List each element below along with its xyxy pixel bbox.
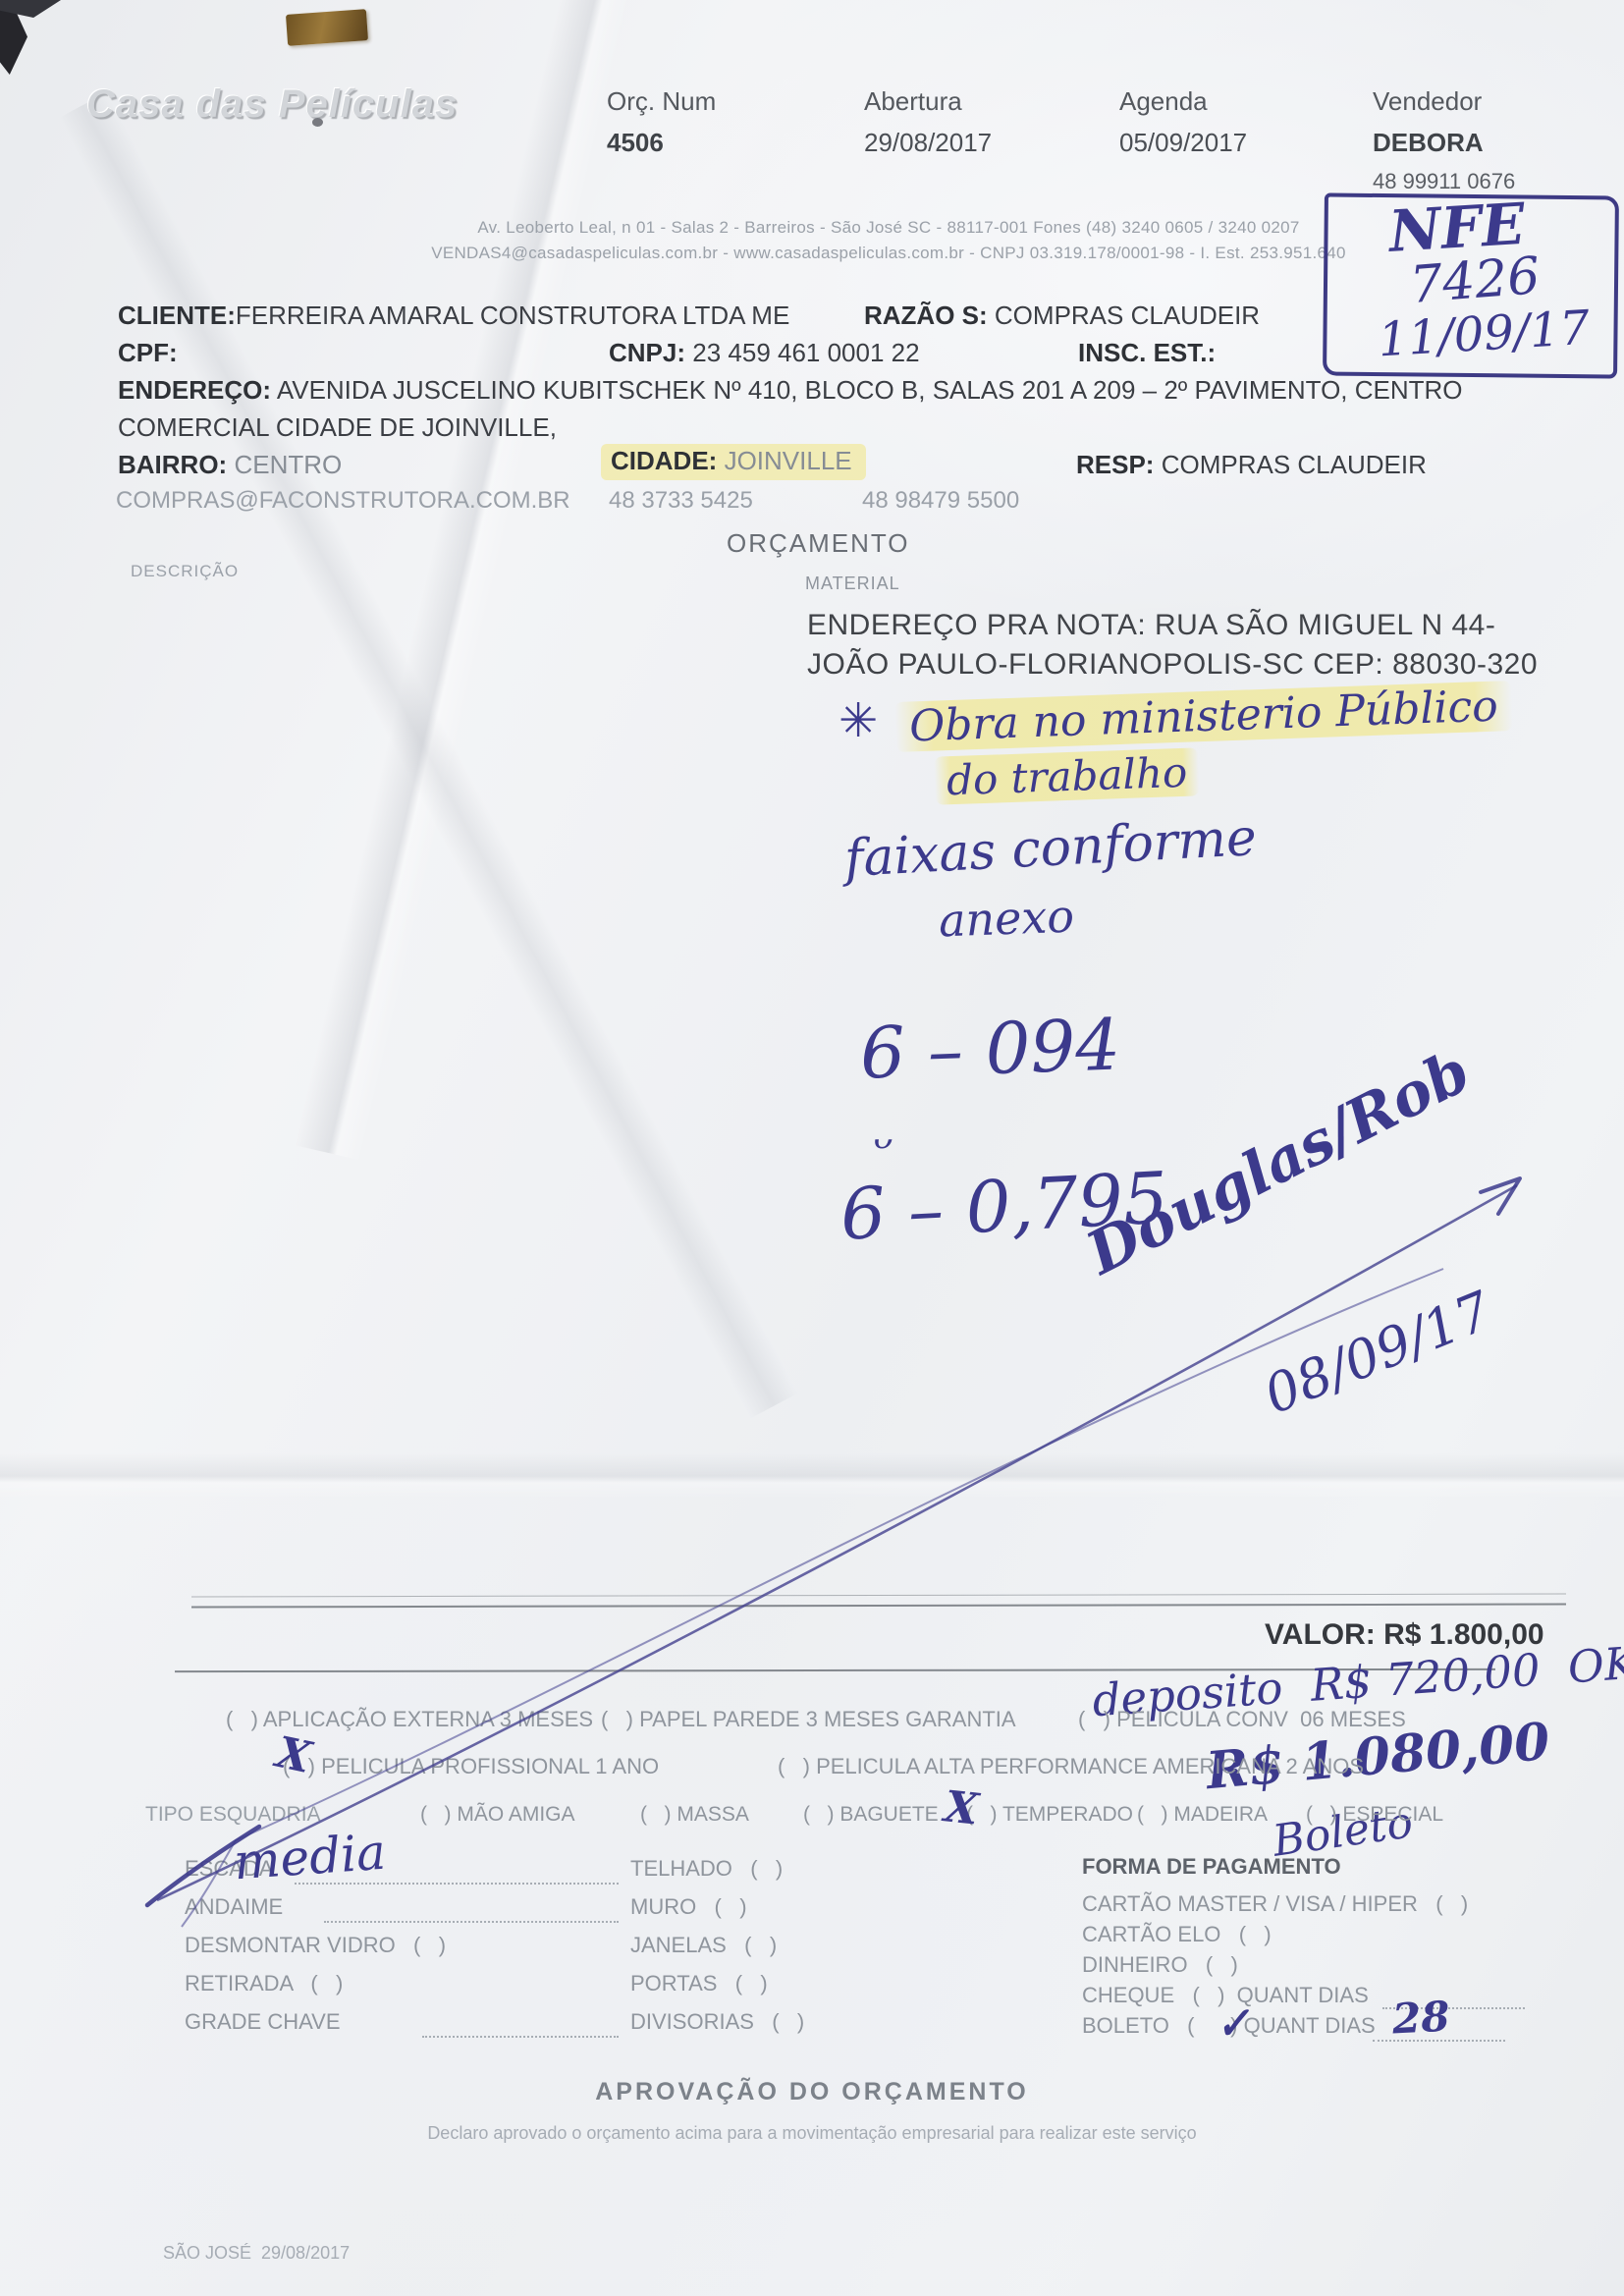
company-logo: Casa das Películas <box>86 82 458 127</box>
cidade-row-highlighted: CIDADE: JOINVILLE <box>601 444 866 480</box>
service-row-divisorias: DIVISORIAS ( ) <box>630 2009 804 2035</box>
razao-label: RAZÃO S: <box>864 301 988 330</box>
warranty-option: ( ) APLICAÇÃO EXTERNA 3 MESES <box>226 1707 593 1732</box>
bairro-row: BAIRRO: CENTRO <box>118 450 342 480</box>
resp-label: RESP: <box>1076 450 1154 479</box>
abertura-label: Abertura <box>864 86 962 117</box>
endereco-row: ENDEREÇO: AVENIDA JUSCELINO KUBITSCHEK N… <box>118 375 1463 406</box>
esquadria-option: ( ) BAGUETE <box>803 1803 939 1827</box>
paper-crease <box>0 1453 1624 1499</box>
company-address-line1: Av. Leoberto Leal, n 01 - Salas 2 - Barr… <box>422 218 1355 238</box>
nota-address-line2: JOÃO PAULO-FLORIANOPOLIS-SC CEP: 88030-3… <box>807 648 1538 682</box>
razao-value: COMPRAS CLAUDEIR <box>995 301 1260 330</box>
endereco-label: ENDEREÇO: <box>118 375 271 405</box>
service-row-telhado: TELHADO ( ) <box>630 1856 783 1882</box>
paper-crease <box>295 0 637 1161</box>
esquadria-option: ( ) MASSA <box>640 1803 749 1827</box>
service-row-muro: MURO ( ) <box>630 1894 747 1920</box>
insc-label: INSC. EST.: <box>1078 338 1216 367</box>
divider-line <box>191 1594 1566 1598</box>
esquadria-label: TIPO ESQUADRIA <box>145 1803 321 1827</box>
tape-mark <box>286 9 368 46</box>
cliente-label: CLIENTE: <box>118 301 236 330</box>
footer-city-date: SÃO JOSÉ 29/08/2017 <box>163 2243 350 2264</box>
orc-num-label: Orç. Num <box>607 86 716 117</box>
endereco-value-line2: COMERCIAL CIDADE DE JOINVILLE, <box>118 412 557 442</box>
service-row-portas: PORTAS ( ) <box>630 1971 768 1996</box>
nfe-handwritten-box: NFE 7426 11/09/17 <box>1323 192 1619 378</box>
bairro-value: CENTRO <box>234 450 342 479</box>
cidade-label: CIDADE: <box>611 446 717 475</box>
hand-obs-line3: faixas conforme <box>843 808 1258 889</box>
approval-statement: Declaro aprovado o orçamento acima para … <box>0 2123 1624 2144</box>
descricao-label: DESCRIÇÃO <box>131 562 239 581</box>
hand-tick-mark: ᴗ <box>872 1118 892 1157</box>
payment-row-cartao-elo: CARTÃO ELO ( ) <box>1082 1922 1272 1947</box>
service-row-janelas: JANELAS ( ) <box>630 1933 777 1958</box>
endereco-row2: COMERCIAL CIDADE DE JOINVILLE, <box>118 412 557 443</box>
endereco-value-line1: AVENIDA JUSCELINO KUBITSCHEK Nº 410, BLO… <box>277 375 1463 405</box>
service-row-desmontar-vidro: DESMONTAR VIDRO ( ) <box>185 1933 446 1958</box>
scan-edge-mark <box>0 6 27 75</box>
paper-crease <box>59 92 798 1418</box>
nfe-date: 11/09/17 <box>1377 301 1592 368</box>
esquadria-option: ( ) MADEIRA <box>1137 1803 1268 1827</box>
valor-label: VALOR: <box>1265 1618 1376 1651</box>
service-row-retirada: RETIRADA ( ) <box>185 1971 343 1996</box>
orcamento-title: ORÇAMENTO <box>727 528 910 559</box>
hand-boleto-check: ✓ <box>1214 1997 1253 2049</box>
grade-chave-fill-line <box>422 2035 619 2038</box>
warranty-option: ( ) PAPEL PAREDE 3 MESES GARANTIA <box>601 1707 1016 1732</box>
hand-obs-line4: anexo <box>938 890 1075 948</box>
hand-obs-line2: do trabalho <box>934 747 1200 804</box>
hand-signature-date: 08/09/17 <box>1256 1280 1499 1426</box>
agenda-label: Agenda <box>1119 86 1208 117</box>
abertura-value: 29/08/2017 <box>864 128 992 158</box>
divider-line <box>191 1604 1566 1609</box>
resp-row: RESP: COMPRAS CLAUDEIR <box>1076 450 1427 480</box>
hand-check-x-temperado: X <box>942 1781 980 1834</box>
cpf-label: CPF: <box>118 338 178 367</box>
hand-escada-value: media <box>232 1824 387 1891</box>
cliente-value: FERREIRA AMARAL CONSTRUTORA LTDA ME <box>236 301 789 330</box>
vendedor-phone: 48 99911 0676 <box>1373 169 1515 194</box>
payment-row-dinheiro: DINHEIRO ( ) <box>1082 1952 1238 1978</box>
agenda-value: 05/09/2017 <box>1119 128 1247 158</box>
andaime-fill-line <box>324 1920 619 1923</box>
warranty-option: ( ) PELICULA CONV 06 MESES <box>1078 1707 1406 1732</box>
hand-quant-dias-value: 28 <box>1391 1993 1451 2044</box>
client-email: COMPRAS@FACONSTRUTORA.COM.BR <box>116 487 570 515</box>
service-row-andaime: ANDAIME <box>185 1894 283 1920</box>
client-phone1: 48 3733 5425 <box>609 487 753 515</box>
insc-row: INSC. EST.: <box>1078 338 1216 368</box>
payment-row-cartao-master: CARTÃO MASTER / VISA / HIPER ( ) <box>1082 1891 1468 1917</box>
scanned-budget-document: Casa das Películas Orç. Num 4506 Abertur… <box>0 0 1624 2296</box>
esquadria-option: ( ) MÃO AMIGA <box>420 1803 575 1827</box>
warranty-option: ( ) PELICULA ALTA PERFORMANCE AMERICANA … <box>778 1754 1364 1779</box>
warranty-option: ( ) PELICULA PROFISSIONAL 1 ANO <box>283 1754 659 1779</box>
cidade-value: JOINVILLE <box>725 446 852 475</box>
client-phone2: 48 98479 5500 <box>862 487 1019 515</box>
cliente-row: CLIENTE:FERREIRA AMARAL CONSTRUTORA LTDA… <box>118 301 789 331</box>
cnpj-label: CNPJ: <box>609 338 685 367</box>
resp-value: COMPRAS CLAUDEIR <box>1162 450 1427 479</box>
material-label: MATERIAL <box>805 574 900 594</box>
company-address-line2: VENDAS4@casadaspeliculas.com.br - www.ca… <box>422 244 1355 263</box>
cpf-row: CPF: <box>118 338 178 368</box>
service-row-grade-chave: GRADE CHAVE <box>185 2009 341 2035</box>
approval-title: APROVAÇÃO DO ORÇAMENTO <box>0 2078 1624 2106</box>
hand-obs-line1: Obra no ministerio Público <box>894 681 1512 752</box>
payment-title: FORMA DE PAGAMENTO <box>1082 1854 1341 1880</box>
esquadria-option: ( ) TEMPERADO <box>966 1803 1133 1827</box>
bairro-label: BAIRRO: <box>118 450 227 479</box>
cnpj-row: CNPJ: 23 459 461 0001 22 <box>609 338 920 368</box>
nota-address-line1: ENDEREÇO PRA NOTA: RUA SÃO MIGUEL N 44- <box>807 609 1495 642</box>
hand-star: ✳ <box>839 693 878 748</box>
orc-num-value: 4506 <box>607 128 664 158</box>
vendedor-label: Vendedor <box>1373 86 1482 117</box>
razao-row: RAZÃO S: COMPRAS CLAUDEIR <box>864 301 1260 331</box>
cnpj-value: 23 459 461 0001 22 <box>692 338 919 367</box>
esquadria-option: ( ) ESPECIAL <box>1306 1803 1443 1827</box>
hand-number-1: 6 – 094 <box>859 1003 1122 1094</box>
vendedor-value: DEBORA <box>1373 128 1484 158</box>
